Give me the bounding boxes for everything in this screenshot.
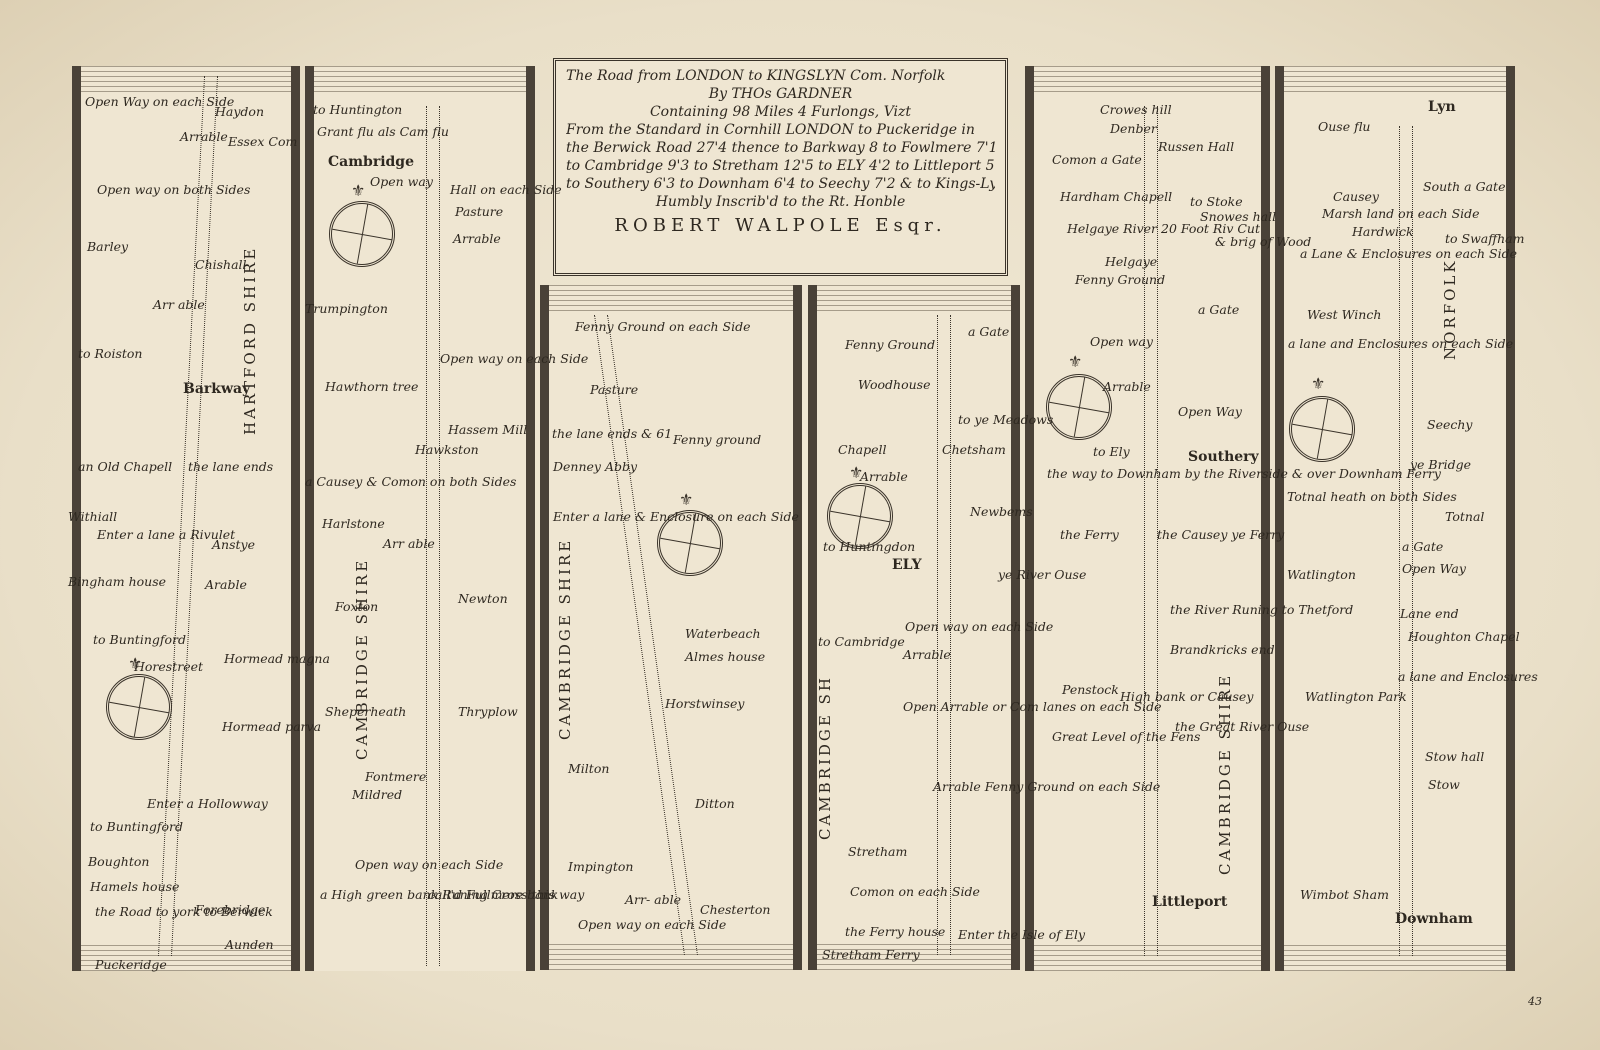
place-label: Pasture [455,205,503,218]
place-label: West Winch [1307,308,1381,321]
title-cartouche: The Road from LONDON to KINGSLYN Com. No… [553,58,1008,276]
hatching [314,66,526,92]
place-label: Fenny Ground [1075,273,1165,286]
place-label: Essex Com [228,135,297,148]
county-label: HARTFORD SHIRE [243,246,259,435]
place-label: Woodhouse [858,378,931,391]
place-label: Arrable [1103,380,1151,393]
cartouche-author: By THOs GARDNER [566,85,995,103]
place-label: to Cambridge [818,635,905,648]
place-label: Puckeridge [95,958,167,971]
cartouche-line-2: the Berwick Road 27'4 thence to Barkway … [566,139,995,157]
place-label: a Gate [1198,303,1239,316]
cartouche-dedication: Humbly Inscrib'd to the Rt. Honble [566,193,995,211]
place-label: Houghton Chapel [1408,630,1520,643]
place-label: Penstock [1062,683,1119,696]
place-label: Comon on each Side [850,885,980,898]
place-label: Ouse flu [1318,120,1370,133]
place-label: the Road to york to Berwick [95,905,273,918]
place-label: Fenny Ground [845,338,935,351]
place-label: Causey [1333,190,1379,203]
place-label: the Ferry [1060,528,1119,541]
place-label: Withiall [68,510,117,523]
place-label: Denber [1110,122,1157,135]
place-label: to Swaffham [1445,232,1524,245]
place-label: Seechy [1427,418,1472,431]
place-label: Stow [1428,778,1460,791]
hatching [1284,945,1506,971]
place-label: Hall on each Side [450,183,562,196]
place-label: Chetsham [942,443,1006,456]
place-label: Lane end [1400,607,1459,620]
place-label: Grant flu als Cam flu [317,125,449,138]
place-label: Open way on each Side [355,858,503,871]
place-label: a Lane & Enclosures on each Side [1300,247,1517,260]
hatching [81,66,291,92]
place-label: Newbems [970,505,1033,518]
place-label: Milton [568,762,609,775]
place-label: Horestreet [134,660,203,673]
place-label: Watlington [1287,568,1356,581]
place-label: Totnal [1445,510,1484,523]
compass-rose [329,201,395,267]
place-label: Aunden [225,938,274,951]
place-label: Sheperheath [325,705,406,718]
place-label: South a Gate [1423,180,1505,193]
place-label: Helgaye [1105,255,1157,268]
place-label: a Gate [968,325,1009,338]
place-label: the Great River Ouse [1175,720,1309,733]
place-label: Thryplow [458,705,518,718]
place-label: Chesterton [700,903,770,916]
county-label: CAMBRIDGE SHIRE [355,558,371,760]
place-label: Boughton [88,855,149,868]
place-label: ye River Ouse [998,568,1086,581]
county-label: CAMBRIDGE SHIRE [558,538,574,740]
place-label: Open Way [1402,562,1466,575]
cartouche-line-1: From the Standard in Cornhill LONDON to … [566,121,995,139]
place-label: Fontmere [365,770,426,783]
place-label: Arrable [860,470,908,483]
town-label: ELY [892,558,922,573]
place-label: Hassem Mill [448,423,527,436]
place-label: Open way on each Side [578,918,726,931]
place-label: Hawthorn tree [325,380,418,393]
town-label: Barkway [183,382,250,397]
place-label: Totnal heath on both Sides [1287,490,1457,503]
place-label: Arrable [903,648,951,661]
fleur-de-lis-icon: ⚜ [679,490,693,509]
place-label: the Ferry house [845,925,945,938]
place-label: Haydon [215,105,264,118]
hatching [817,285,1011,311]
place-label: Brandkricks end [1170,643,1275,656]
place-label: Hawkston [415,443,479,456]
place-label: Stow hall [1425,750,1484,763]
town-label: Southery [1188,450,1259,465]
place-label: to Buntingford [93,633,186,646]
place-label: Open way on both Sides [97,183,250,196]
place-label: Bingham house [68,575,166,588]
place-label: to Buntingford [90,820,183,833]
place-label: a lane and Enclosures [1398,670,1538,683]
place-label: to ye Meadows [958,413,1053,426]
place-label: Barley [87,240,128,253]
page-number: 43 [1528,995,1542,1008]
hatching [549,944,793,970]
place-label: the lane ends [188,460,273,473]
cartouche-contains: Containing 98 Miles 4 Furlongs, Vizt [566,103,995,121]
town-label: Lyn [1428,100,1456,115]
place-label: Arr able [383,537,435,550]
town-label: Littleport [1152,895,1227,910]
place-label: Arrable Fenny Ground on each Side [933,780,1160,793]
cartouche-title: The Road from LONDON to KINGSLYN Com. No… [566,67,995,85]
place-label: Open Way [1178,405,1242,418]
compass-rose [106,674,172,740]
place-label: Arrable [180,130,228,143]
place-label: Harlstone [322,517,385,530]
place-label: Trumpington [305,302,388,315]
cartouche-dedicatee: ROBERT WALPOLE Esqr. [566,217,995,235]
place-label: Hardham Chapell [1060,190,1172,203]
place-label: the River Runing to Thetford [1170,603,1353,616]
place-label: & brig of Wood [1215,235,1311,248]
town-label: Cambridge [328,155,414,170]
hatching [1284,66,1506,92]
place-label: call'd Fullmere bank [428,888,558,901]
place-label: to Huntingdon [823,540,915,553]
place-label: Chapell [838,443,886,456]
place-label: Enter a Hollowway [147,797,268,810]
place-label: Arable [205,578,247,591]
place-label: a Causey & Comon on both Sides [305,475,516,488]
place-label: Almes house [685,650,765,663]
place-label: Newton [458,592,508,605]
place-label: an Old Chapell [78,460,172,473]
town-label: Downham [1395,912,1473,927]
place-label: to Huntington [313,103,402,116]
place-label: the Causey ye Ferry [1157,528,1284,541]
road [937,315,951,955]
fleur-de-lis-icon: ⚜ [1068,352,1082,371]
place-label: Open way [370,175,433,188]
hatching [549,285,793,311]
county-label: CAMBRIDGE SH [818,675,834,840]
hatching [1034,66,1261,92]
place-label: Enter a lane & Enclosure on each Side [553,510,799,523]
place-label: Ditton [695,797,735,810]
place-label: the lane ends & 61 [552,427,672,440]
compass-rose [1289,396,1355,462]
place-label: Hormead magna [224,652,330,665]
place-label: Pasture [590,383,638,396]
place-label: Enter the Isle of Ely [958,928,1085,941]
place-label: Arr- able [625,893,681,906]
place-label: ye Bridge [1410,458,1471,471]
place-label: Hamels house [90,880,179,893]
cartouche-line-4: to Southery 6'3 to Downham 6'4 to Seechy… [566,175,995,193]
place-label: a Gate [1402,540,1443,553]
place-label: Hardwick [1352,225,1414,238]
place-label: to Ely [1093,445,1130,458]
place-label: Mildred [352,788,402,801]
place-label: Arr able [153,298,205,311]
place-label: to Stoke [1190,195,1243,208]
place-label: Foxton [335,600,378,613]
place-label: Anstye [212,538,255,551]
cartouche-line-3: to Cambridge 9'3 to Stretham 12'5 to ELY… [566,157,995,175]
place-label: Denney Abby [553,460,637,473]
place-label: Open way on each Side [440,352,588,365]
place-label: a lane and Enclosures on each Side [1288,337,1513,350]
place-label: to Roiston [78,347,142,360]
place-label: Arrable [453,232,501,245]
place-label: Comon a Gate [1052,153,1142,166]
place-label: Russen Hall [1158,140,1234,153]
place-label: the way to Downham by the Riverside & ov… [1047,467,1441,480]
place-label: Open way [1090,335,1153,348]
place-label: Impington [568,860,633,873]
place-label: Horstwinsey [665,697,744,710]
place-label: Watlington Park [1305,690,1407,703]
place-label: Stretham [848,845,907,858]
place-label: Fenny ground [673,433,761,446]
place-label: Crowes hill [1100,103,1172,116]
place-label: Open way on each Side [905,620,1053,633]
place-label: Wimbot Sham [1300,888,1389,901]
fleur-de-lis-icon: ⚜ [1311,374,1325,393]
place-label: Chishall [195,258,247,271]
place-label: Fenny Ground on each Side [575,320,750,333]
place-label: Marsh land on each Side [1322,207,1480,220]
place-label: Stretham Ferry [822,948,920,961]
fleur-de-lis-icon: ⚜ [351,181,365,200]
place-label: Waterbeach [685,627,761,640]
place-label: Hormead parva [222,720,321,733]
place-label: Open Way on each Side [85,95,234,108]
place-label: High bank or Causey [1120,690,1253,703]
